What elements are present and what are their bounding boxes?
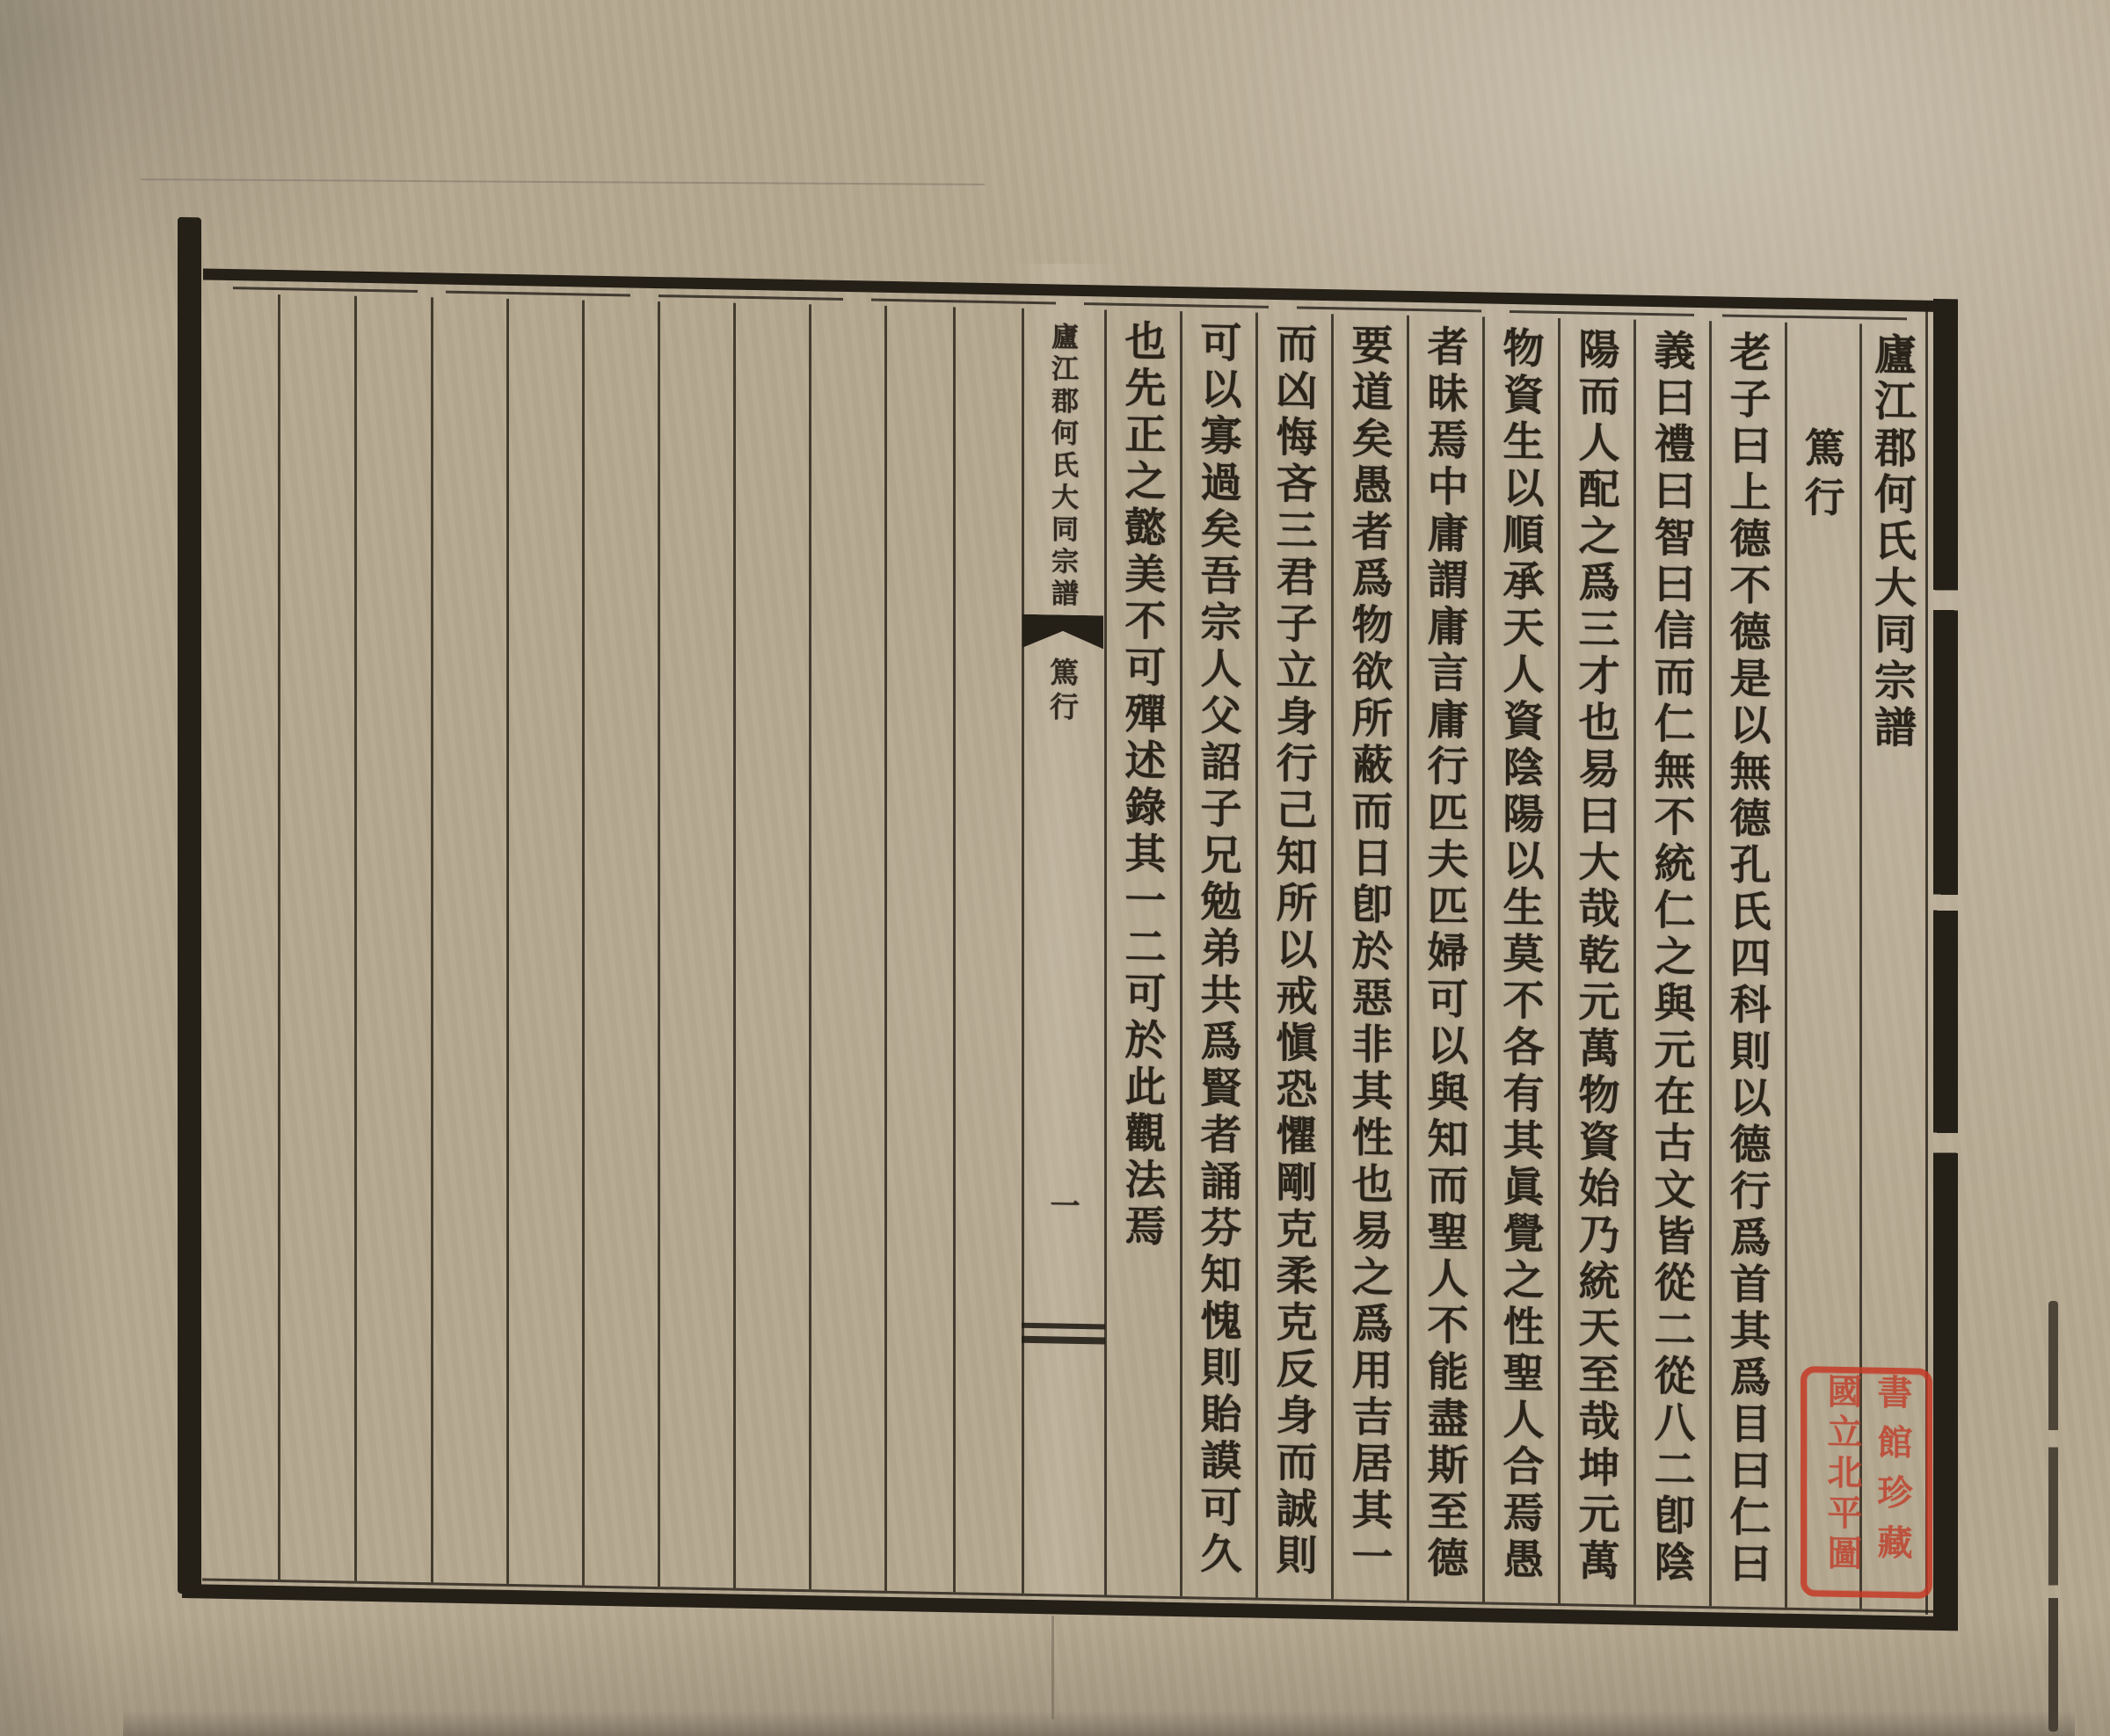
seal-text-right: 國立北平圖 xyxy=(1817,1372,1867,1591)
book-title: 廬江郡何氏大同宗譜 xyxy=(1862,331,1923,789)
column-rule xyxy=(582,300,585,1585)
page-number-column: 一 xyxy=(1021,1189,1104,1244)
book-title-column: 廬江郡何氏大同宗譜 xyxy=(1858,331,1926,789)
fold-strip-chapter: 篤行 xyxy=(1042,657,1083,759)
fish-tail-mark xyxy=(1022,614,1103,650)
chapter-title: 篤行 xyxy=(1793,426,1852,550)
fore-edge-streak xyxy=(2048,1301,2058,1732)
body-text-column: 義曰禮曰智曰信而仁無不統仁之與元在古文皆從二從八二卽陰 xyxy=(1633,329,1709,1607)
body-text: 可以寡過矣吾宗人父詔子兄勉弟共爲賢者誦芬知愧則貽謨可久 xyxy=(1189,320,1248,1597)
column-rule xyxy=(733,303,736,1588)
fold-strip-bar xyxy=(1022,1323,1105,1330)
body-text-column: 者昧焉中庸謂庸言庸行匹夫匹婦可以與知而聖人不能盡斯至德 xyxy=(1407,324,1482,1602)
printed-spread: 廬江郡何氏大同宗譜 篤行 老子曰上德不德是以無德孔氏四科則以德行爲首其爲目曰仁曰… xyxy=(180,268,1959,1632)
body-text: 義曰禮曰智曰信而仁無不統仁之與元在古文皆從二從八二卽陰 xyxy=(1642,329,1701,1606)
bottom-edge-shadow xyxy=(123,1711,2075,1736)
seal-text-left: 書館珍藏 xyxy=(1867,1374,1917,1593)
column-rule xyxy=(809,304,811,1589)
body-text-column: 而凶悔吝三君子立身行己知所以戒愼恐懼剛克柔克反身而誠則 xyxy=(1255,322,1331,1600)
collection-seal: 國立北平圖 書館珍藏 xyxy=(1801,1366,1932,1599)
body-text-column: 陽而人配之爲三才也易曰大哉乾元萬物資始乃統天至哉坤元萬 xyxy=(1558,327,1633,1605)
body-text-column: 要道矣愚者爲物欲所蔽而日卽於惡非其性也易之爲用吉居其一 xyxy=(1331,323,1407,1601)
column-rule xyxy=(431,297,433,1582)
body-text: 要道矣愚者爲物欲所蔽而日卽於惡非其性也易之爲用吉居其一 xyxy=(1340,323,1399,1600)
column-rule xyxy=(884,306,887,1591)
body-text: 而凶悔吝三君子立身行己知所以戒愼恐懼剛克柔克反身而誠則 xyxy=(1264,322,1323,1599)
body-text-column: 也先正之懿美不可殫述錄其一二可於此觀法焉 xyxy=(1104,318,1180,1596)
body-text: 者昧焉中庸謂庸言庸行匹夫匹婦可以與知而聖人不能盡斯至德 xyxy=(1415,324,1474,1602)
fold-crease xyxy=(1051,1616,1054,1719)
column-rule xyxy=(278,294,280,1580)
fold-strip-bar xyxy=(1022,1336,1105,1345)
fold-strip-chapter-column: 篤行 xyxy=(1021,657,1104,759)
column-rule xyxy=(953,307,956,1592)
book-scan-page: 廬江郡何氏大同宗譜 篤行 老子曰上德不德是以無德孔氏四科則以德行爲首其爲目曰仁曰… xyxy=(0,0,2110,1736)
under-page-edge-line xyxy=(141,178,985,185)
fold-strip-title: 廬江郡何氏大同宗譜 xyxy=(1043,322,1082,626)
body-text-column: 老子曰上德不德是以無德孔氏四科則以德行爲首其爲目曰仁曰 xyxy=(1709,330,1785,1608)
body-text: 陽而人配之爲三才也易曰大哉乾元萬物資始乃統天至哉坤元萬 xyxy=(1567,327,1626,1604)
page-border-right xyxy=(1933,299,1958,1623)
body-text-column: 可以寡過矣吾宗人父詔子兄勉弟共爲賢者誦芬知愧則貽謨可久 xyxy=(1180,320,1255,1598)
column-rule xyxy=(354,296,357,1581)
page-border-left xyxy=(178,217,201,1594)
chapter-title-column: 篤行 xyxy=(1785,426,1859,551)
body-text: 老子曰上德不德是以無德孔氏四科則以德行爲首其爲目曰仁曰 xyxy=(1718,330,1777,1607)
page-number: 一 xyxy=(1041,1189,1084,1243)
body-text: 也先正之懿美不可殫述錄其一二可於此觀法焉 xyxy=(1113,319,1172,1596)
column-rule xyxy=(658,301,660,1587)
body-text-column: 物資生以順承天人資陰陽以生莫不各有其眞覺之性聖人合焉愚 xyxy=(1482,325,1558,1603)
body-text: 物資生以順承天人資陰陽以生莫不各有其眞覺之性聖人合焉愚 xyxy=(1491,326,1550,1603)
fold-strip-title-column: 廬江郡何氏大同宗譜 xyxy=(1021,322,1104,627)
column-rule xyxy=(506,299,509,1584)
